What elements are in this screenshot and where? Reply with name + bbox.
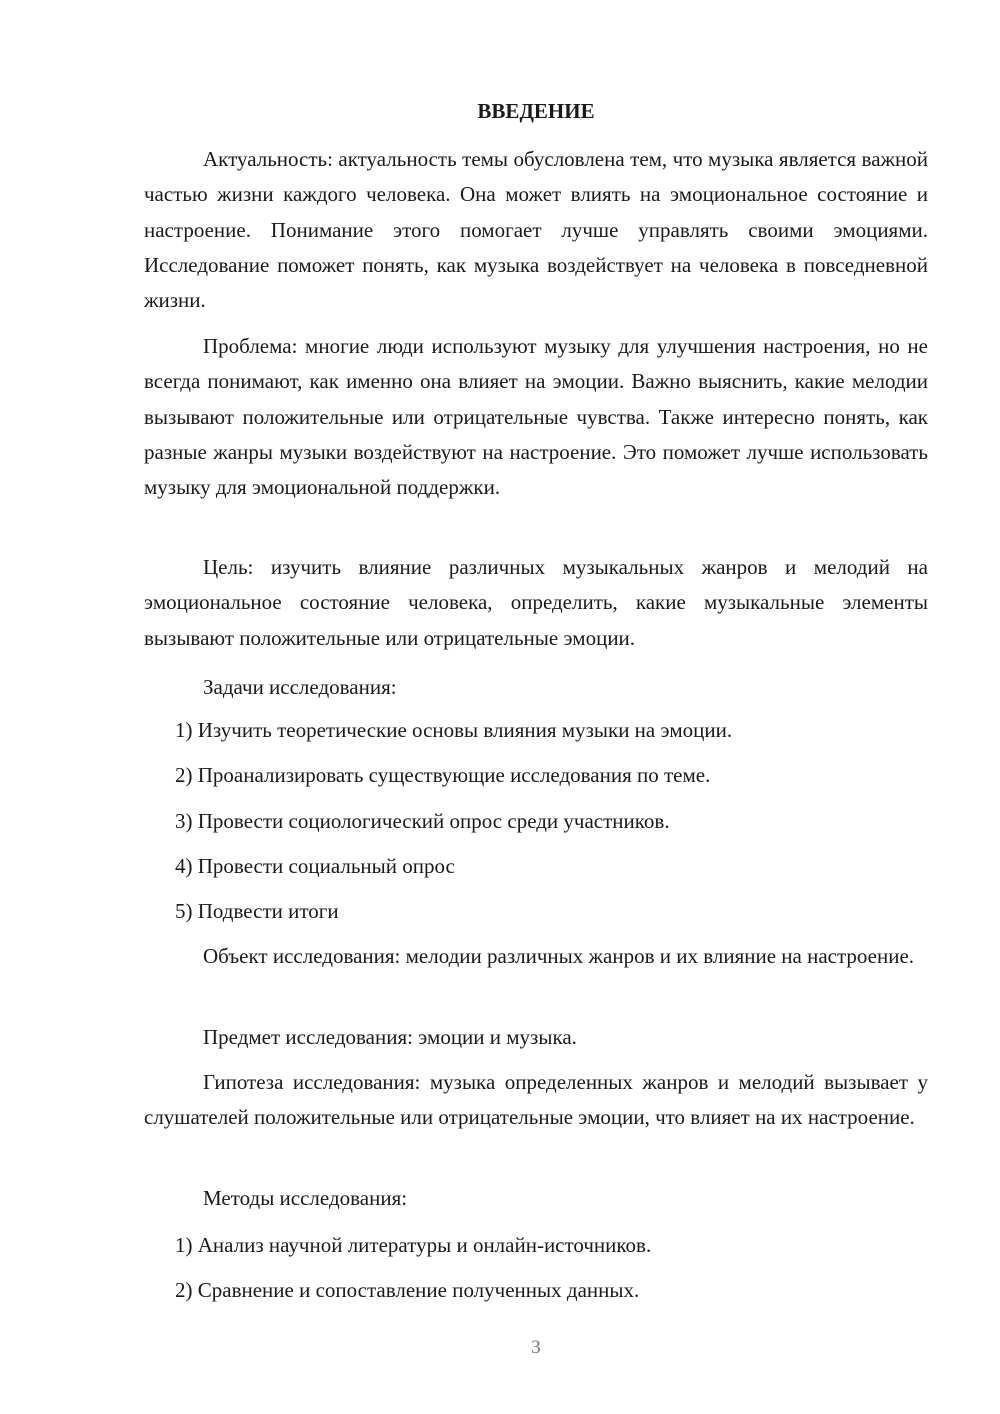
page-number: 3 [144, 1337, 928, 1359]
problem-paragraph: Проблема: многие люди используют музыку … [144, 329, 928, 505]
tasks-heading: Задачи исследования: [144, 670, 928, 705]
task-item: 5) Подвести итоги [175, 898, 339, 924]
task-item: 3) Провести социологический опрос среди … [175, 808, 670, 834]
object-paragraph: Объект исследования: мелодии различных ж… [144, 939, 928, 974]
subject-paragraph: Предмет исследования: эмоции и музыка. [144, 1020, 928, 1055]
methods-heading: Методы исследования: [144, 1181, 928, 1216]
method-item: 2) Сравнение и сопоставление полученных … [175, 1277, 639, 1303]
section-heading: ВВЕДЕНИЕ [144, 98, 928, 124]
task-item: 4) Провести социальный опрос [175, 853, 455, 879]
goal-paragraph: Цель: изучить влияние различных музыкаль… [144, 550, 928, 656]
relevance-paragraph: Актуальность: актуальность темы обусловл… [144, 142, 928, 318]
hypothesis-paragraph: Гипотеза исследования: музыка определенн… [144, 1065, 928, 1136]
task-item: 2) Проанализировать существующие исследо… [175, 762, 710, 788]
method-item: 1) Анализ научной литературы и онлайн-ис… [175, 1232, 651, 1258]
task-item: 1) Изучить теоретические основы влияния … [175, 717, 732, 743]
